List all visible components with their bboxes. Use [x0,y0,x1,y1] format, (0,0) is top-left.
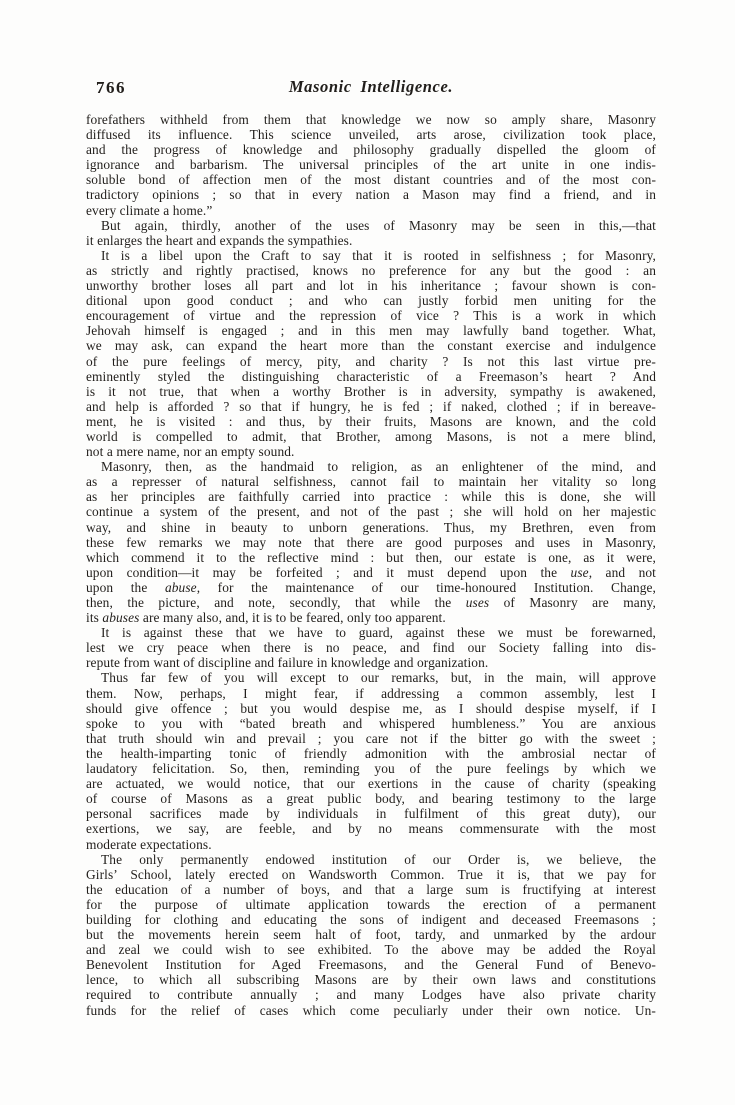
text-line: should give offence ; but you would desp… [86,701,656,716]
text-line: it enlarges the heart and expands the sy… [86,233,656,248]
text-line: The only permanently endowed institution… [86,852,656,867]
text-line: exertions, we say, are feeble, and by no… [86,821,656,836]
text-line: forefathers withheld from them that know… [86,112,656,127]
page-number: 766 [96,78,126,98]
text-line: ment, he is visited : and thus, by their… [86,414,656,429]
text-line: of the pure feelings of mercy, pity, and… [86,354,656,369]
text-line: repute from want of discipline and failu… [86,655,656,670]
text-line: as strictly and rightly practised, knows… [86,263,656,278]
text-line: and zeal we could wish to see exhibited.… [86,942,656,957]
text-line: building for clothing and educating the … [86,912,656,927]
text-line: Masonry, then, as the handmaid to religi… [86,459,656,474]
text-line: ditional upon good conduct ; and who can… [86,293,656,308]
text-line: personal sacrifices made by individuals … [86,806,656,821]
text-line: but the movements herein seem halt of fo… [86,927,656,942]
text-line: the health-imparting tonic of friendly a… [86,746,656,761]
text-line: It is a libel upon the Craft to say that… [86,248,656,263]
text-line: that truth should win and prevail ; you … [86,731,656,746]
text-line: encouragement of virtue and the repressi… [86,308,656,323]
text-line: spoke to you with “bated breath and whis… [86,716,656,731]
text-line: continue a system of the present, and no… [86,504,656,519]
paragraph: But again, thirdly, another of the uses … [86,218,656,248]
text-line: lest we cry peace when there is no peace… [86,640,656,655]
text-line: moderate expectations. [86,837,656,852]
text-line: Thus far few of you will except to our r… [86,670,656,685]
paragraph: forefathers withheld from them that know… [86,112,656,218]
paragraph: It is against these that we have to guar… [86,625,656,670]
text-line: required to contribute annually ; and ma… [86,987,656,1002]
text-line: funds for the relief of cases which come… [86,1003,656,1018]
page-header: 766 Masonic Intelligence. [86,77,656,101]
paragraph: Thus far few of you will except to our r… [86,670,656,851]
text-line: ignorance and barbarism. The universal p… [86,157,656,172]
book-page: 766 Masonic Intelligence. forefathers wi… [0,0,735,1105]
text-line: as a represser of natural selfishness, c… [86,474,656,489]
paragraph: The only permanently endowed institution… [86,852,656,1018]
text-line: world is compelled to admit, that Brothe… [86,429,656,444]
text-line: the education of a number of boys, and t… [86,882,656,897]
text-line: for the purpose of ultimate application … [86,897,656,912]
text-line: But again, thirdly, another of the uses … [86,218,656,233]
text-line: not a mere name, nor an empty sound. [86,444,656,459]
text-line: way, and shine in beauty to unborn gener… [86,520,656,535]
text-line: which commend it to the reflective mind … [86,550,656,565]
text-line: diffused its influence. This science unv… [86,127,656,142]
running-title: Masonic Intelligence. [86,77,656,97]
text-line: laudatory felicitation. So, then, remind… [86,761,656,776]
text-line: we may ask, can expand the heart more th… [86,338,656,353]
text-line: It is against these that we have to guar… [86,625,656,640]
text-line: then, the picture, and note, secondly, t… [86,595,656,610]
text-line: them. Now, perhaps, I might fear, if add… [86,686,656,701]
text-line: soluble bond of affection men of the mos… [86,172,656,187]
text-line: of course of Masons as a great public bo… [86,791,656,806]
page-text: forefathers withheld from them that know… [86,112,656,1018]
text-line: are actuated, we would notice, that our … [86,776,656,791]
text-line: lence, to which all subscribing Masons a… [86,972,656,987]
text-line: tradictory opinions ; so that in every n… [86,187,656,202]
text-line: Jehovah himself is engaged ; and in this… [86,323,656,338]
text-line: these few remarks we may note that there… [86,535,656,550]
text-line: and the progress of knowledge and philos… [86,142,656,157]
text-line: is it not true, that when a worthy Broth… [86,384,656,399]
text-line: every climate a home.” [86,203,656,218]
paragraph: Masonry, then, as the handmaid to religi… [86,459,656,625]
paragraph: It is a libel upon the Craft to say that… [86,248,656,459]
text-line: upon the abuse, for the maintenance of o… [86,580,656,595]
text-line: upon condition—it may be forfeited ; and… [86,565,656,580]
text-line: and help is afforded ? so that if hungry… [86,399,656,414]
text-line: Girls’ School, lately erected on Wandswo… [86,867,656,882]
text-line: as her principles are faithfully carried… [86,489,656,504]
text-line: unworthy brother loses all part and lot … [86,278,656,293]
text-line: its abuses are many also, and, it is to … [86,610,656,625]
text-line: Benevolent Institution for Aged Freemaso… [86,957,656,972]
text-line: eminently styled the distinguishing char… [86,369,656,384]
